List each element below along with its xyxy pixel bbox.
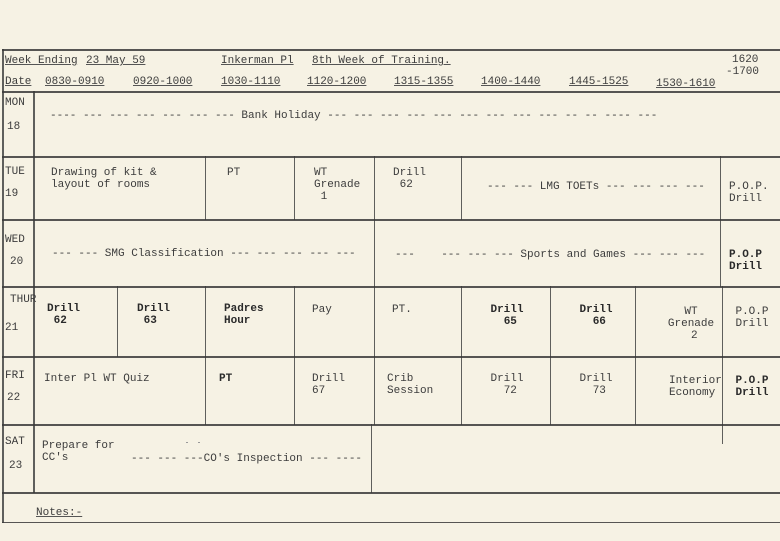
fri-divider: [550, 356, 551, 425]
thu-divider: [374, 286, 375, 357]
day-date: 19: [5, 188, 18, 200]
sat-divider-stub: [722, 424, 723, 444]
fri-divider: [635, 356, 636, 425]
day-name: MON: [5, 97, 25, 109]
thu-divider: [550, 286, 551, 357]
entry-drill-67: Drill 67: [312, 373, 345, 397]
entry-drill-62: Drill 62: [393, 167, 426, 191]
timetable-sheet: Week Ending 23 May 59 Inkerman Pl 8th We…: [0, 0, 780, 541]
rule-fri: [2, 424, 780, 426]
day-date: 23: [9, 460, 22, 472]
fri-divider: [722, 356, 723, 425]
entry-pop-drill: P.O.P. Drill: [729, 181, 769, 205]
day-name: THUR: [10, 294, 36, 306]
day-date: 22: [7, 392, 20, 404]
day-name: TUE: [5, 166, 25, 178]
wed-divider: [374, 219, 375, 287]
tue-divider: [374, 156, 375, 220]
entry-drawing-of-kit: Drawing of kit & layout of rooms: [51, 167, 157, 191]
entry-smg-classification: --- --- SMG Classification --- --- --- -…: [52, 248, 356, 260]
rule-top: [2, 49, 780, 51]
entry-drill-62: Drill 62: [47, 303, 80, 327]
fri-divider: [205, 356, 206, 425]
border-left: [2, 49, 4, 523]
period-6-header: 1400-1440: [481, 76, 540, 88]
last-period-bottom: -1700: [726, 66, 759, 78]
period-4-header: 1120-1200: [307, 76, 366, 88]
thu-divider: [635, 286, 636, 357]
day-name: WED: [5, 234, 25, 246]
rule-tue: [2, 219, 780, 221]
entry-sports-and-games: --- --- --- --- Sports and Games --- ---…: [395, 249, 705, 261]
wed-divider: [720, 219, 721, 287]
entry-drill-63: Drill 63: [137, 303, 170, 327]
entry-cos-inspection: --- --- ---CO's Inspection --- ----: [131, 453, 362, 465]
thu-divider: [117, 286, 118, 357]
day-date: 21: [5, 322, 18, 334]
entry-wt-grenade-2: WT Grenade 2: [660, 306, 722, 342]
day-name: FRI: [5, 370, 25, 382]
entry-pt: PT: [227, 167, 240, 179]
week-ending-label: Week Ending: [5, 55, 78, 67]
rule-notes: [2, 522, 780, 523]
week-of-training: 8th Week of Training.: [312, 55, 451, 67]
period-1-header: 0830-0910: [45, 76, 104, 88]
week-ending-value: 23 May 59: [86, 55, 145, 67]
entry-lmg-toets: --- --- LMG TOETs --- --- --- ---: [487, 181, 705, 193]
entry-drill-72: Drill 72: [478, 373, 536, 397]
period-3-header: 1030-1110: [221, 76, 280, 88]
rule-sat: [2, 492, 780, 494]
day-date: 18: [7, 121, 20, 133]
day-date: 20: [10, 256, 23, 268]
entry-pop-drill: P.O.P Drill: [724, 306, 780, 330]
period-2-header: 0920-1000: [133, 76, 192, 88]
day-column-divider: [33, 91, 35, 493]
bank-holiday-entry: ---- --- --- --- --- --- --- Bank Holida…: [50, 110, 657, 122]
entry-inter-pl-wt-quiz: Inter Pl WT Quiz: [44, 373, 150, 385]
tue-divider: [720, 156, 721, 220]
entry-pay: Pay: [312, 304, 332, 316]
tue-divider: [205, 156, 206, 220]
period-7-header: 1445-1525: [569, 76, 628, 88]
entry-pop-drill: P.O.P Drill: [724, 375, 780, 399]
entry-padres-hour: Padres Hour: [224, 303, 264, 327]
thu-divider: [722, 286, 723, 357]
last-period-top: 1620: [732, 54, 758, 66]
entry-pt: PT: [219, 373, 232, 385]
fri-divider: [294, 356, 295, 425]
notes-label: Notes:-: [36, 507, 82, 519]
entry-interior-economy: Interior Economy: [669, 375, 722, 399]
entry-drill-66: Drill 66: [567, 304, 625, 328]
period-5-header: 1315-1355: [394, 76, 453, 88]
entry-crib-session: Crib Session: [387, 373, 433, 397]
fri-divider: [461, 356, 462, 425]
tue-divider: [461, 156, 462, 220]
period-8-header: 1530-1610: [656, 78, 715, 90]
entry-wt-grenade-1: WT Grenade 1: [314, 167, 360, 203]
entry-pt: PT.: [392, 304, 412, 316]
date-column-header: Date: [5, 76, 31, 88]
entry-drill-73: Drill 73: [567, 373, 625, 397]
thu-divider: [461, 286, 462, 357]
rule-wed: [2, 286, 780, 288]
rule-under-header: [2, 91, 780, 93]
platoon-name: Inkerman Pl: [221, 55, 294, 67]
entry-pop-drill: P.O.P Drill: [729, 249, 762, 273]
fri-divider: [374, 356, 375, 425]
entry-drill-65: Drill 65: [478, 304, 536, 328]
tue-divider: [294, 156, 295, 220]
thu-divider: [294, 286, 295, 357]
thu-divider: [205, 286, 206, 357]
day-name: SAT: [5, 436, 25, 448]
rule-thu: [2, 356, 780, 358]
sat-divider: [371, 424, 372, 493]
entry-prepare-for-ccs: Prepare for CC's: [42, 440, 115, 464]
rule-mon: [2, 156, 780, 158]
